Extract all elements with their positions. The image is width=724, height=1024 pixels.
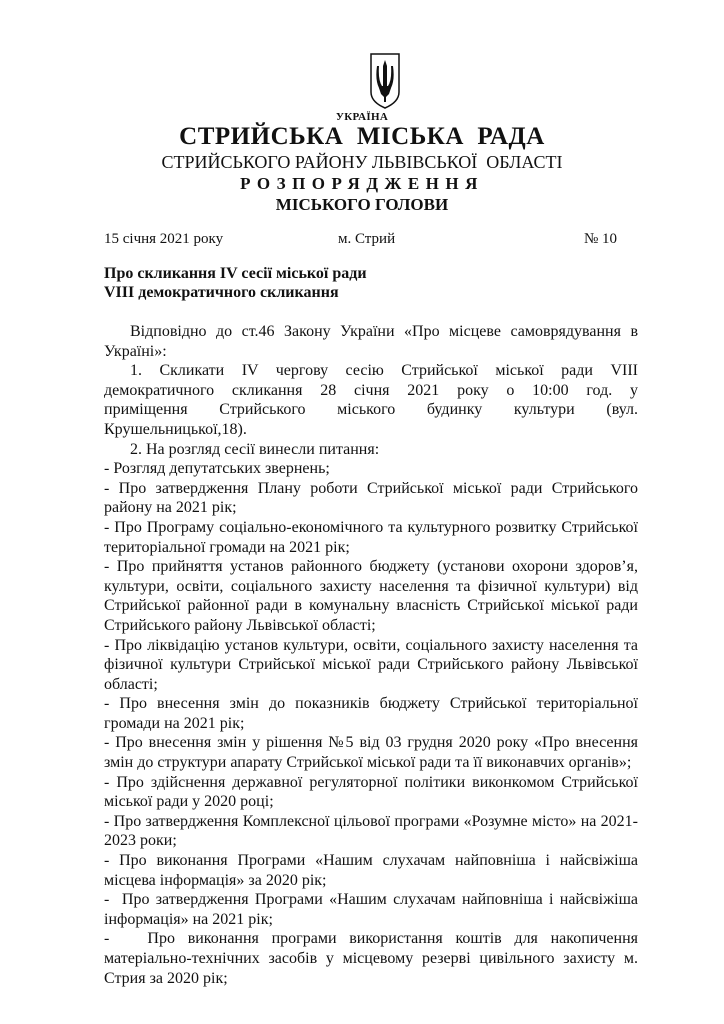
agenda-item: - Про Програму соціально-економічного та…	[104, 518, 638, 557]
intro-paragraph: Відповідно до ст.46 Закону України «Про …	[104, 322, 638, 361]
agenda-item: - Про затвердження Програми «Нашим слуха…	[104, 890, 638, 929]
agenda-item: - Про затвердження Комплексної цільової …	[104, 812, 638, 851]
agenda-item: - Про внесення змін до показників бюджет…	[104, 694, 638, 733]
document-date: 15 січня 2021 року	[104, 231, 223, 248]
country-label: УКРАЇНА	[0, 111, 724, 123]
point-1-paragraph: 1. Скликати IV чергову сесію Стрийської …	[104, 361, 638, 439]
point-2-paragraph: 2. На розгляд сесії винесли питання:	[104, 440, 638, 460]
subject-line-2: VIII демократичного скликання	[104, 283, 367, 302]
document-body: Відповідно до ст.46 Закону України «Про …	[104, 322, 638, 988]
document-type: РОЗПОРЯДЖЕННЯ	[0, 174, 724, 194]
council-title: СТРИЙСЬКА МІСЬКА РАДА	[0, 123, 724, 151]
agenda-item: - Про прийняття установ районного бюджет…	[104, 557, 638, 635]
district-subtitle: СТРИЙСЬКОГО РАЙОНУ ЛЬВІВСЬКОЇ ОБЛАСТІ	[0, 152, 724, 173]
agenda-item: - Про ліквідацію установ культури, освіт…	[104, 636, 638, 695]
document-place: м. Стрий	[338, 231, 395, 248]
coat-of-arms-icon	[369, 52, 401, 110]
document-number: № 10	[584, 231, 617, 248]
agenda-item: - Про здійснення державної регуляторної …	[104, 773, 638, 812]
agenda-item: - Про внесення змін у рішення №5 від 03 …	[104, 733, 638, 772]
agenda-item: - Про виконання Програми «Нашим слухачам…	[104, 851, 638, 890]
subject-line-1: Про скликання IV сесії міської ради	[104, 264, 367, 283]
document-subject: Про скликання IV сесії міської ради VIII…	[104, 264, 367, 302]
agenda-list: - Розгляд депутатських звернень; - Про з…	[104, 459, 638, 988]
issuer-label: МІСЬКОГО ГОЛОВИ	[0, 195, 724, 215]
agenda-item: - Про затвердження Плану роботи Стрийськ…	[104, 479, 638, 518]
agenda-item: - Розгляд депутатських звернень;	[104, 459, 638, 479]
agenda-item: - Про виконання програми використання ко…	[104, 929, 638, 988]
document-page: УКРАЇНА СТРИЙСЬКА МІСЬКА РАДА СТРИЙСЬКОГ…	[0, 0, 724, 1024]
